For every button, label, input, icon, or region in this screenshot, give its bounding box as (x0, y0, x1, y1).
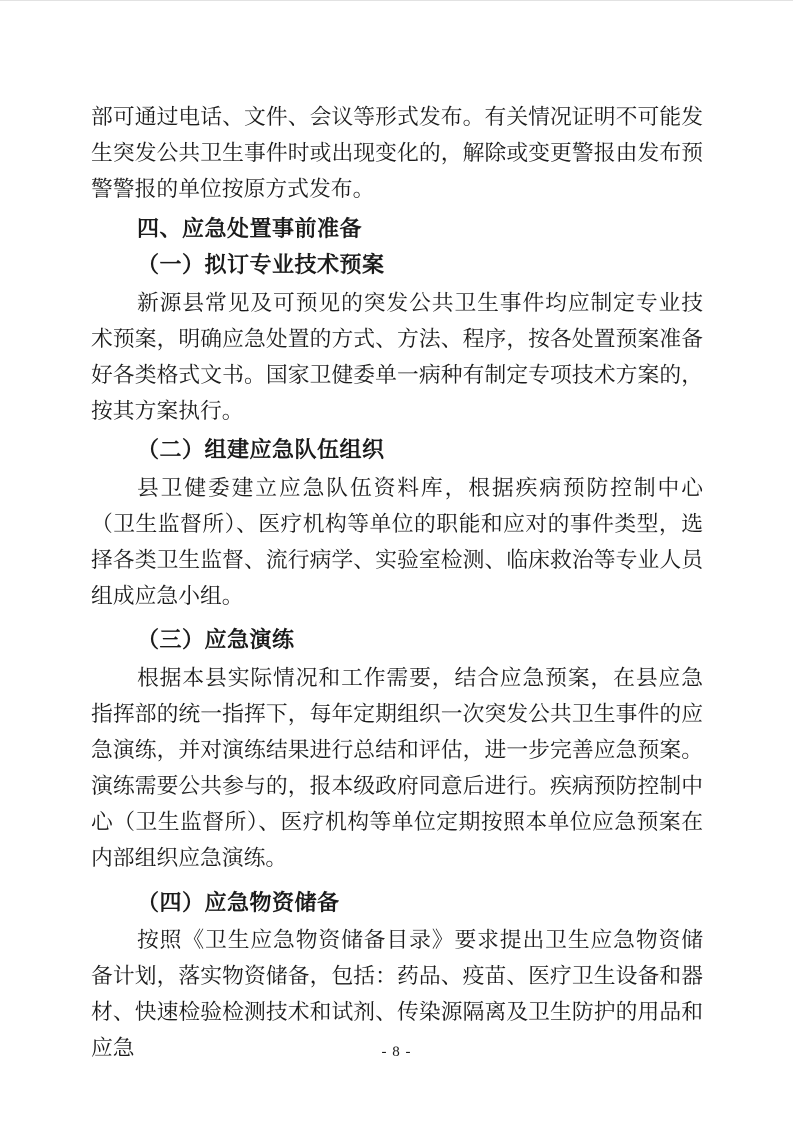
subsection-heading-1: （一）拟订专业技术预案 (91, 247, 703, 283)
continued-paragraph: 部可通过电话、文件、会议等形式发布。有关情况证明不可能发生突发公共卫生事件时或出… (91, 99, 703, 207)
page-number: - 8 - (0, 1042, 793, 1062)
subsection-heading-3: （三）应急演练 (91, 622, 703, 658)
subsection-heading-4: （四）应急物资储备 (91, 885, 703, 921)
subsection-heading-2: （二）组建应急队伍组织 (91, 432, 703, 468)
body-paragraph: 新源县常见及可预见的突发公共卫生事件均应制定专业技术预案，明确应急处置的方式、方… (91, 285, 703, 429)
document-page: 部可通过电话、文件、会议等形式发布。有关情况证明不可能发生突发公共卫生事件时或出… (0, 0, 793, 1123)
body-paragraph: 县卫健委建立应急队伍资料库，根据疾病预防控制中心（卫生监督所）、医疗机构等单位的… (91, 470, 703, 614)
section-heading-4: 四、应急处置事前准备 (91, 212, 703, 248)
body-paragraph: 根据本县实际情况和工作需要，结合应急预案，在县应急指挥部的统一指挥下，每年定期组… (91, 660, 703, 876)
